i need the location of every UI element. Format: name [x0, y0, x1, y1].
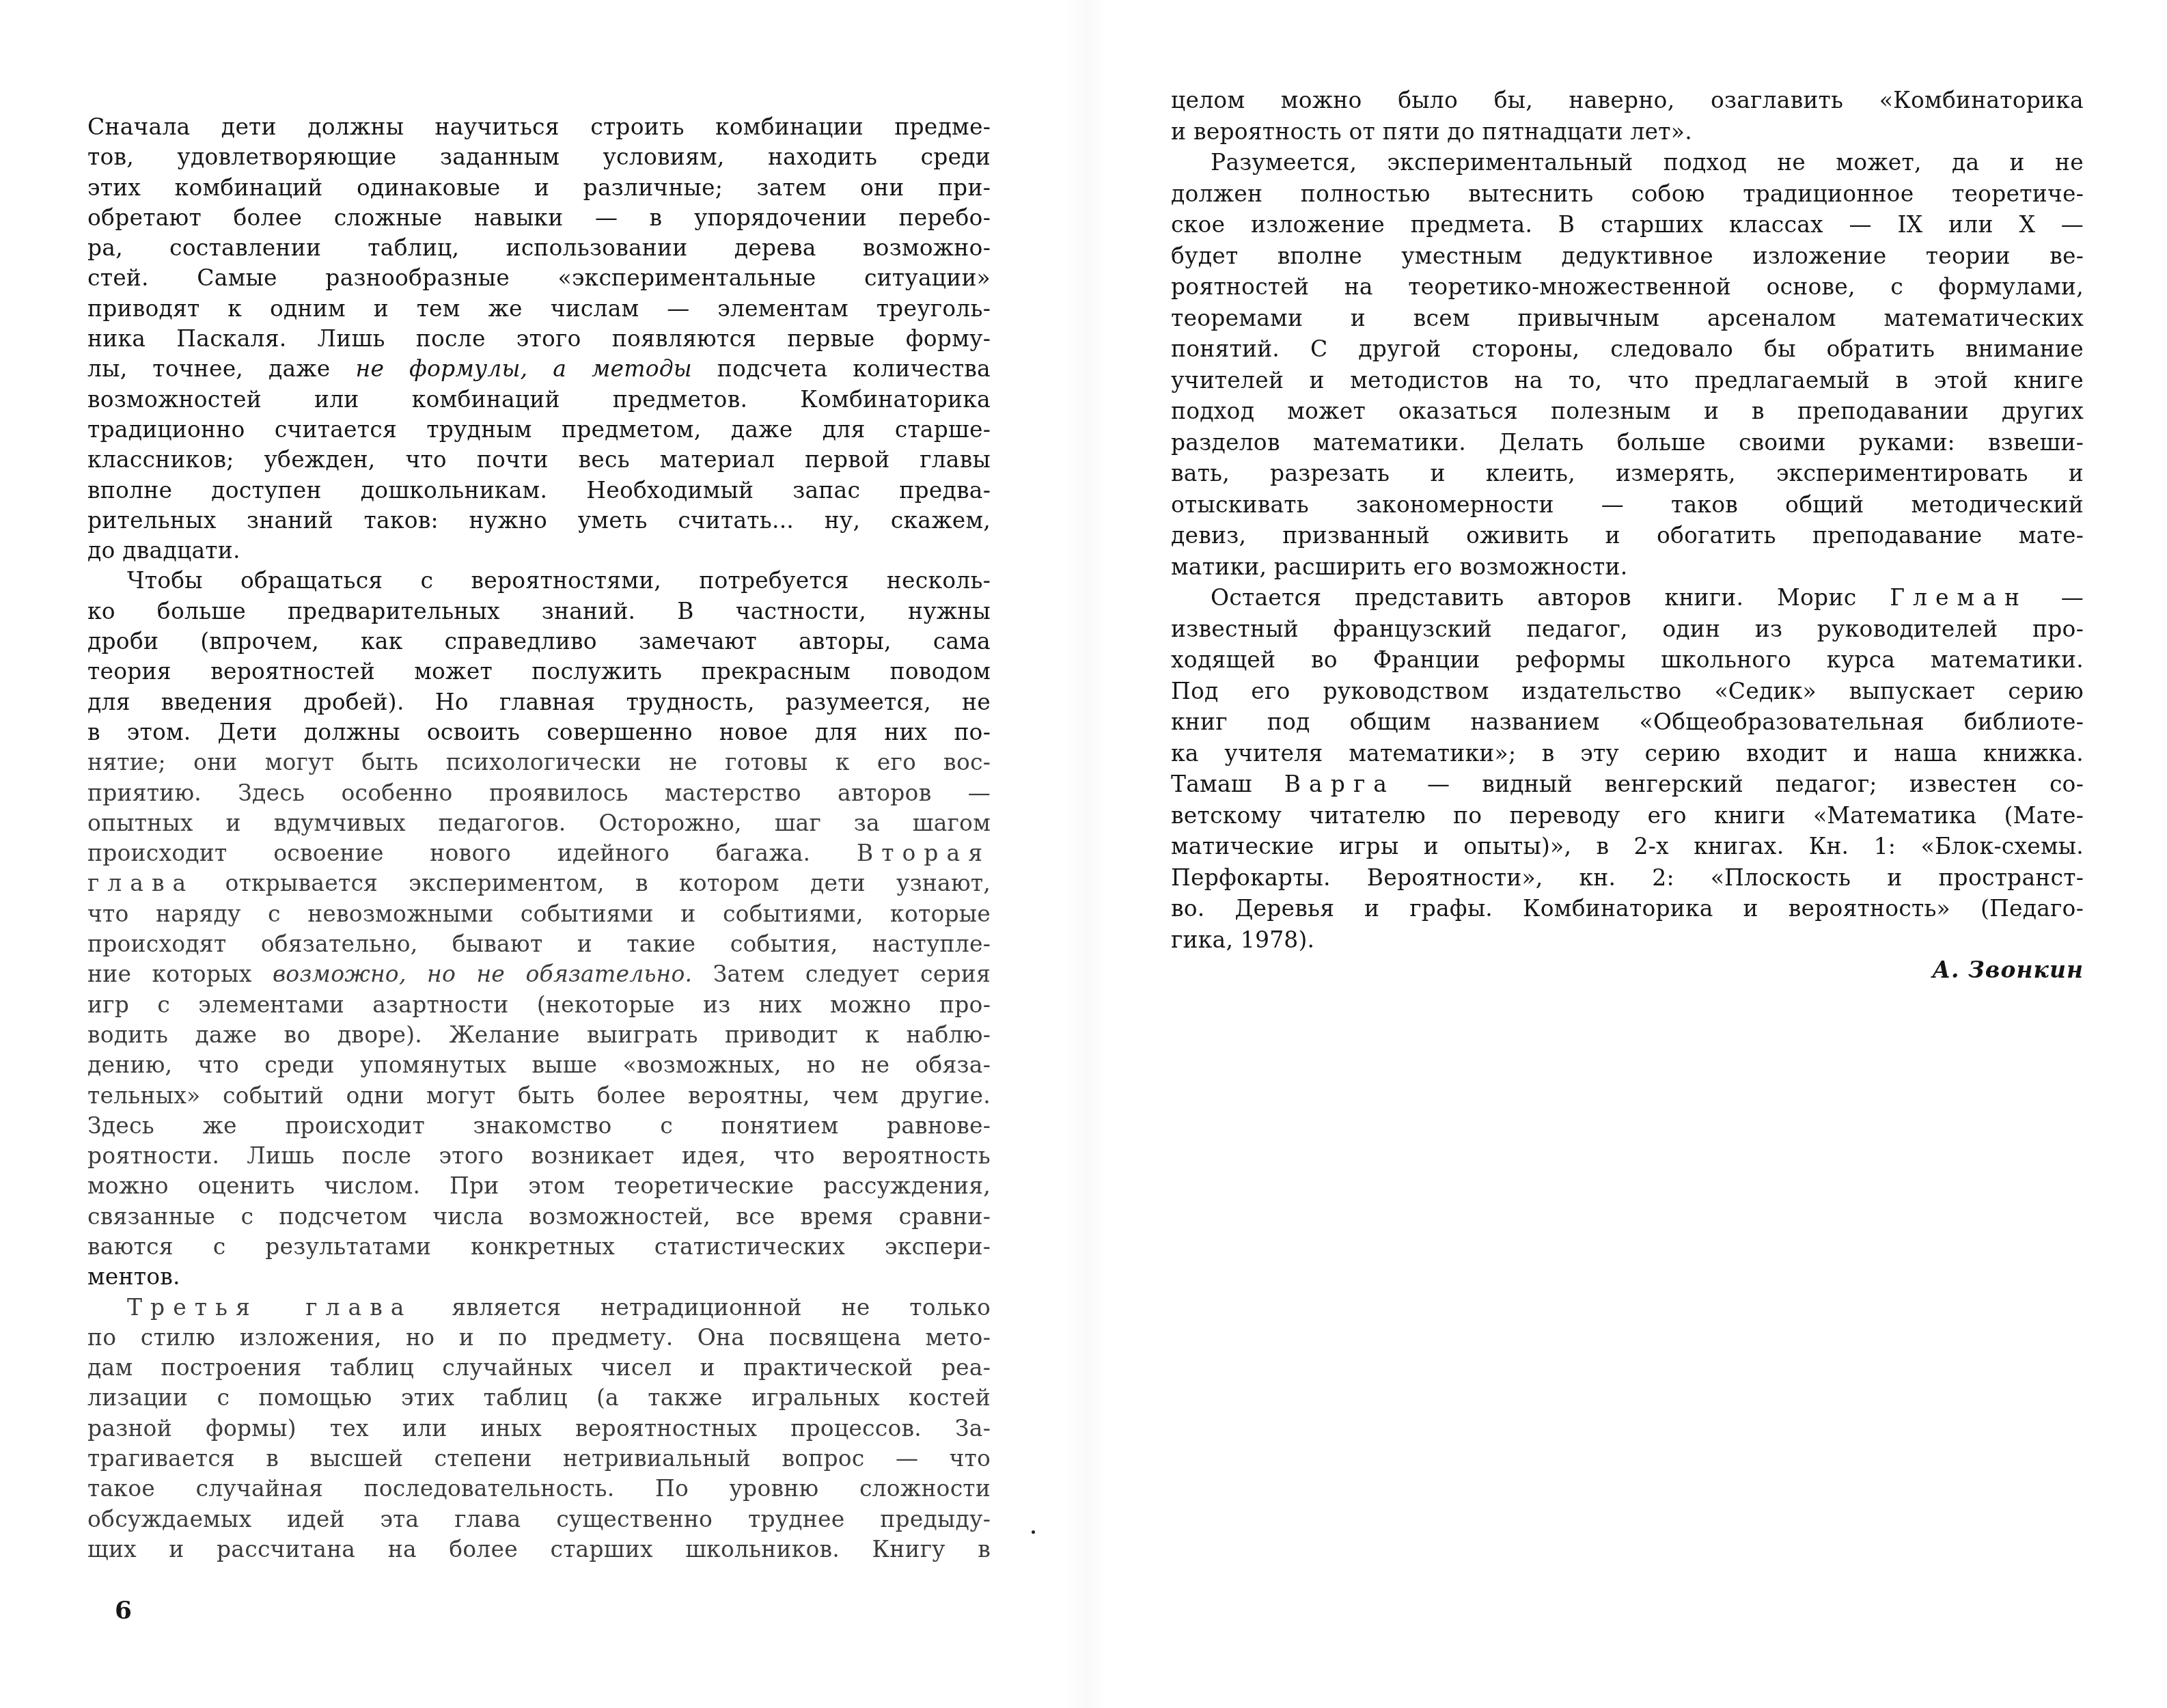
text-line: происходят обязательно, бывают и такие с…	[87, 929, 991, 959]
left-page: Сначала дети должны научиться строить ко…	[0, 0, 1083, 1708]
text-segment: —	[2028, 584, 2084, 611]
text-line: по стилю изложения, но и по предмету. Он…	[87, 1323, 991, 1353]
text-segment: ние которых	[87, 961, 273, 987]
text-line: целом можно было бы, наверно, озаглавить…	[1171, 85, 2084, 116]
paragraph-end-line: матики, расширить его возможности.	[1171, 551, 2084, 583]
text-line: учителей и методистов на то, что предлаг…	[1171, 365, 2084, 396]
text-line: вать, разрезать и клеить, измерять, эксп…	[1171, 458, 2084, 489]
text-line: дам построения таблиц случайных чисел и …	[87, 1353, 991, 1383]
scan-speck	[1032, 1530, 1035, 1534]
text-line: ваются с результатами конкретных статист…	[87, 1232, 991, 1262]
text-segment: происходит освоение нового идейного бага…	[87, 840, 857, 866]
text-line: теория вероятностей может послужить прек…	[87, 657, 991, 687]
text-line: теоремами и всем привычным арсеналом мат…	[1171, 303, 2084, 334]
text-line: обсуждаемых идей эта глава существенно т…	[87, 1504, 991, 1534]
text-line: подход может оказаться полезным и в преп…	[1171, 396, 2084, 427]
text-line: во. Деревья и графы. Комбинаторика и вер…	[1171, 893, 2084, 924]
text-line: что наряду с невозможными событиями и со…	[87, 899, 991, 929]
text-line: опытных и вдумчивых педагогов. Осторожно…	[87, 808, 991, 838]
text-line: возможностей или комбинаций предметов. К…	[87, 385, 991, 415]
text-line: роятностей на теоретико-множественной ос…	[1171, 271, 2084, 303]
text-line-with-italic: лы, точнее, даже не формулы, а методы по…	[87, 354, 991, 384]
text-line: рительных знаний таков: нужно уметь счит…	[87, 506, 991, 536]
text-line: стей. Самые разнообразные «экспериментал…	[87, 263, 991, 293]
text-line: ское изложение предмета. В старших класс…	[1171, 209, 2084, 240]
text-line-with-spaced: происходит освоение нового идейного бага…	[87, 838, 991, 868]
letterspaced-name: Глеман	[1890, 584, 2028, 611]
letterspaced-phrase: Третья глава	[127, 1294, 413, 1321]
text-line: ко больше предварительных знаний. В част…	[87, 596, 991, 626]
text-line: матические игры и опыты)», в 2-х книгах.…	[1171, 831, 2084, 862]
text-line: классников; убежден, что почти весь мате…	[87, 445, 991, 475]
text-line: Сначала дети должны научиться строить ко…	[87, 112, 991, 142]
text-line: будет вполне уместным дедуктивное изложе…	[1171, 240, 2084, 272]
text-line: должен полностью вытеснить собою традици…	[1171, 178, 2084, 210]
paragraph-end-line: и вероятность от пяти до пятнадцати лет»…	[1171, 116, 2084, 148]
text-line: для введения дробей). Но главная труднос…	[87, 687, 991, 717]
text-line: можно оценить числом. При этом теоретиче…	[87, 1171, 991, 1201]
text-line: в этом. Дети должны освоить совершенно н…	[87, 717, 991, 747]
paragraph-start-line: Третья глава является нетрадиционной не …	[87, 1293, 991, 1323]
page-number: 6	[115, 1596, 132, 1625]
text-line: разной формы) тех или иных вероятностных…	[87, 1414, 991, 1444]
paragraph-start-line: Разумеется, экспериментальный подход не …	[1171, 147, 2084, 178]
text-line-with-spaced: Тамаш Варга — видный венгерский педагог;…	[1171, 769, 2084, 800]
text-line: лизации с помощью этих таблиц (а также и…	[87, 1383, 991, 1413]
text-line: тов, удовлетворяющие заданным условиям, …	[87, 142, 991, 172]
book-spread: Сначала дети должны научиться строить ко…	[0, 0, 2167, 1708]
text-line: дроби (впрочем, как справедливо замечают…	[87, 626, 991, 657]
text-segment: является нетрадиционной не только	[413, 1294, 991, 1321]
text-line: тельных» событий одни могут быть более в…	[87, 1081, 991, 1111]
text-line: ника Паскаля. Лишь после этого появляютс…	[87, 324, 991, 354]
text-segment: открывается экспериментом, в котором дет…	[194, 870, 991, 896]
italic-phrase: не формулы, а методы	[355, 355, 691, 382]
paragraph-start-line: Чтобы обращаться с вероятностями, потреб…	[87, 566, 991, 596]
text-line: ходящей во Франции реформы школьного кур…	[1171, 644, 2084, 676]
text-segment: подсчета количества	[692, 355, 991, 382]
text-line: традиционно считается трудным предметом,…	[87, 415, 991, 445]
text-line-with-italic: ние которых возможно, но не обязательно.…	[87, 959, 991, 989]
letterspaced-phrase: глава	[87, 870, 194, 896]
text-line: Под его руководством издательство «Седик…	[1171, 676, 2084, 707]
text-line: ра, составлении таблиц, использовании де…	[87, 233, 991, 263]
text-segment: — видный венгерский педагог; известен со…	[1395, 771, 2084, 797]
text-line: трагивается в высшей степени нетривиальн…	[87, 1444, 991, 1474]
paragraph-end-line: гика, 1978).	[1171, 924, 2084, 956]
italic-phrase: возможно, но не обязательно.	[273, 961, 692, 987]
text-line: щих и рассчитана на более старших школьн…	[87, 1534, 991, 1565]
text-line: такое случайная последовательность. По у…	[87, 1474, 991, 1504]
text-line: связанные с подсчетом числа возможностей…	[87, 1202, 991, 1232]
paragraph-end-line: до двадцати.	[87, 536, 991, 566]
text-line-with-spaced: глава открывается экспериментом, в котор…	[87, 868, 991, 898]
right-page-text-column: целом можно было бы, наверно, озаглавить…	[1171, 85, 2084, 955]
text-line: ветскому читателю по переводу его книги …	[1171, 800, 2084, 831]
text-segment: Тамаш	[1171, 771, 1284, 797]
text-line: вполне доступен дошкольникам. Необходимы…	[87, 476, 991, 506]
paragraph-start-line: Остается представить авторов книги. Мори…	[1171, 582, 2084, 614]
text-line: известный французский педагог, один из р…	[1171, 614, 2084, 645]
text-line: Здесь же происходит знакомство с понятие…	[87, 1111, 991, 1141]
text-line: роятности. Лишь после этого возникает ид…	[87, 1141, 991, 1171]
text-line: разделов математики. Делать больше своим…	[1171, 427, 2084, 458]
paragraph-end-line: ментов.	[87, 1262, 991, 1292]
left-page-text-column: Сначала дети должны научиться строить ко…	[87, 112, 991, 1565]
text-segment: Остается представить авторов книги. Мори…	[1211, 584, 1890, 611]
text-line: дению, что среди упомянутых выше «возмож…	[87, 1050, 991, 1080]
text-line: нятие; они могут быть психологически не …	[87, 747, 991, 777]
text-segment: Затем следует серия	[692, 961, 991, 987]
text-line: обретают более сложные навыки — в упоряд…	[87, 203, 991, 233]
text-line: Перфокарты. Вероятности», кн. 2: «Плоско…	[1171, 862, 2084, 894]
letterspaced-name: Варга	[1284, 771, 1395, 797]
text-line: этих комбинаций одинаковые и различные; …	[87, 173, 991, 203]
text-line: приводят к одним и тем же числам — элеме…	[87, 294, 991, 324]
text-line: отыскивать закономерности — таков общий …	[1171, 489, 2084, 521]
text-line: книг под общим названием «Общеобразовате…	[1171, 706, 2084, 738]
text-line: игр с элементами азартности (некоторые и…	[87, 990, 991, 1020]
text-line: ка учителя математики»; в эту серию вход…	[1171, 738, 2084, 769]
text-line: понятий. С другой стороны, следовало бы …	[1171, 333, 2084, 365]
text-line: девиз, призванный оживить и обогатить пр…	[1171, 520, 2084, 551]
text-segment: лы, точнее, даже	[87, 355, 355, 382]
letterspaced-phrase: Вторая	[857, 840, 991, 866]
author-signature: А. Звонкин	[1899, 956, 2084, 983]
text-line: водить даже во дворе). Желание выиграть …	[87, 1020, 991, 1050]
text-line: приятию. Здесь особенно проявилось масте…	[87, 778, 991, 808]
